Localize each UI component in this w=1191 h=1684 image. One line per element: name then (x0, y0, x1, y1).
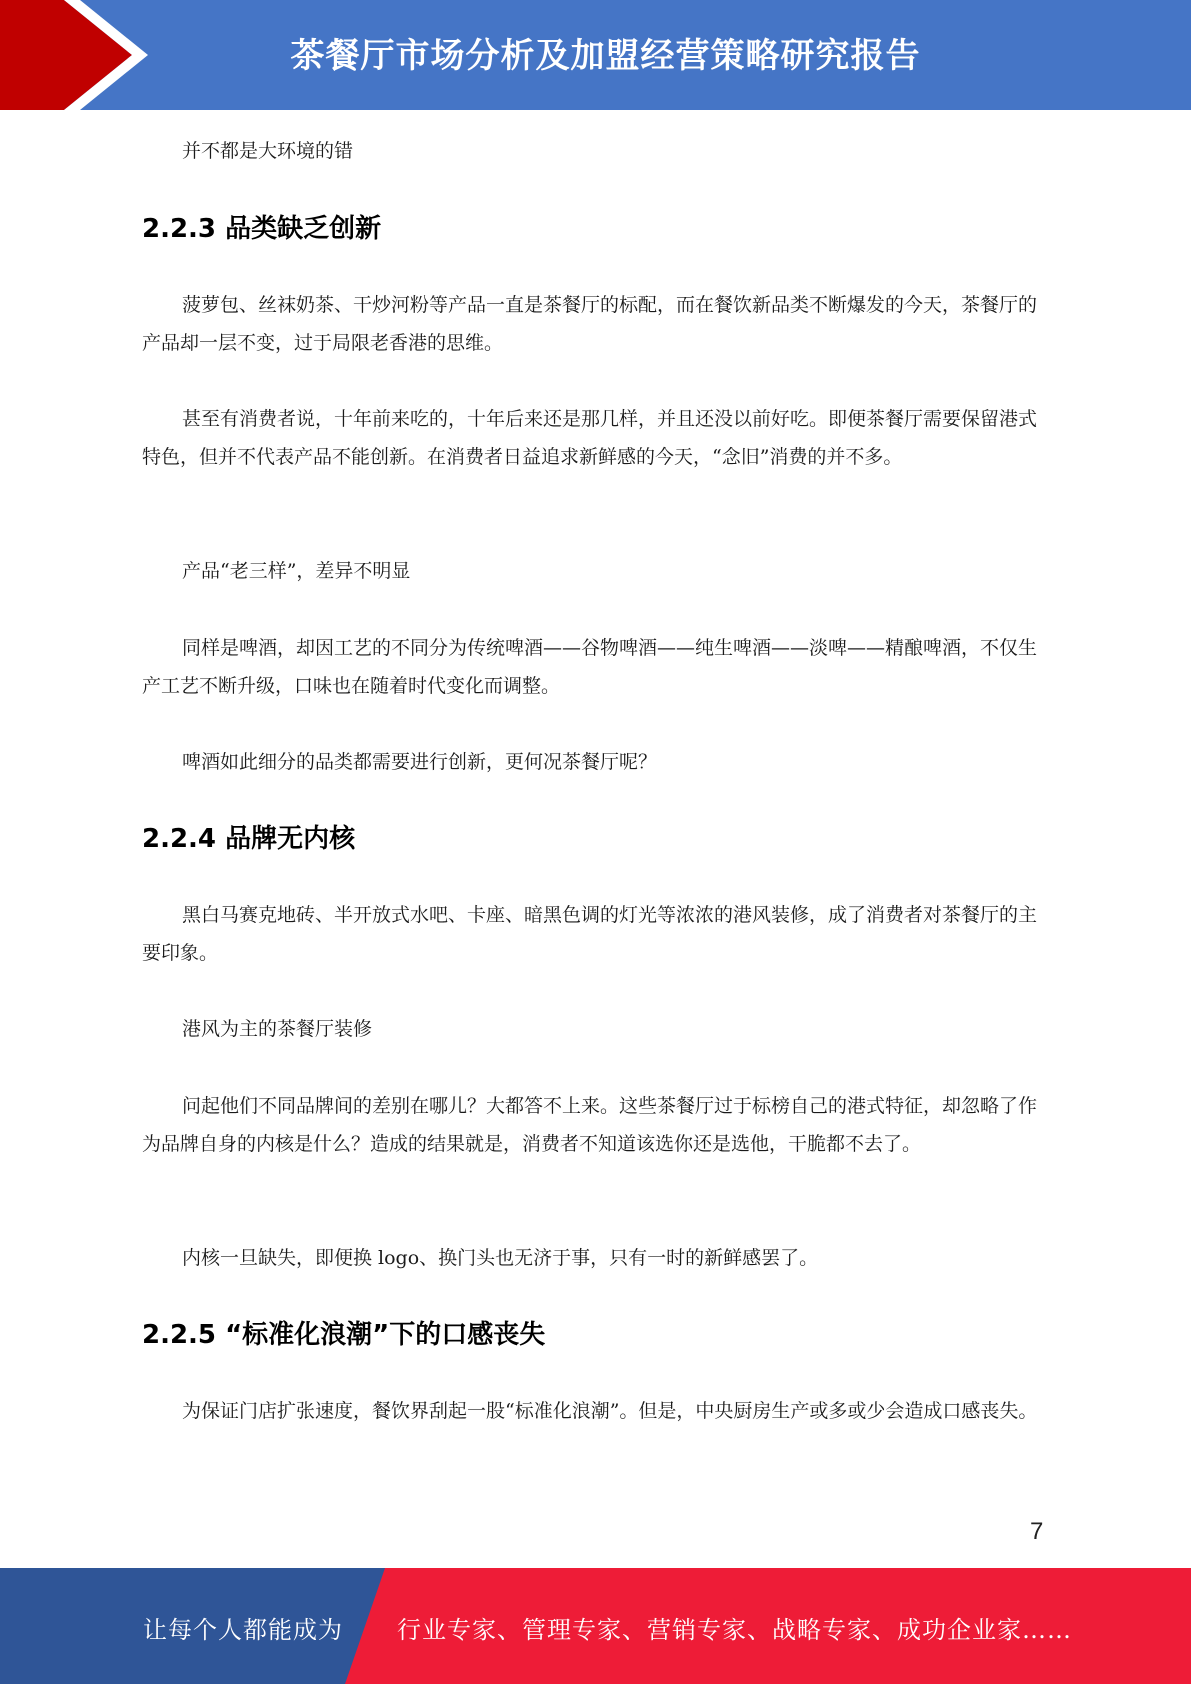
paragraph: 啤酒如此细分的品类都需要进行创新，更何况茶餐厅呢？ (142, 743, 1046, 781)
section-heading-2-2-3: 2.2.3 品类缺乏创新 (142, 208, 381, 245)
paragraph: 内核一旦缺失，即便换 logo、换门头也无济于事，只有一时的新鲜感罢了。 (142, 1239, 1046, 1277)
paragraph: 黑白马赛克地砖、半开放式水吧、卡座、暗黑色调的灯光等浓浓的港风装修，成了消费者对… (142, 896, 1046, 972)
paragraph: 并不都是大环境的错 (142, 132, 1046, 170)
report-title: 茶餐厅市场分析及加盟经营策略研究报告 (0, 28, 1191, 77)
paragraph: 甚至有消费者说，十年前来吃的，十年后来还是那几样，并且还没以前好吃。即便茶餐厅需… (142, 400, 1046, 476)
paragraph: 问起他们不同品牌间的差别在哪儿？大都答不上来。这些茶餐厅过于标榜自己的港式特征，… (142, 1087, 1046, 1163)
page-number: 7 (1030, 1518, 1043, 1546)
image-caption: 港风为主的茶餐厅装修 (142, 1010, 1046, 1048)
footer-slogan-right: 行业专家、管理专家、营销专家、战略专家、成功企业家…… (397, 1610, 1072, 1645)
page-header: 茶餐厅市场分析及加盟经营策略研究报告 (0, 0, 1191, 110)
page-footer: 让每个人都能成为 行业专家、管理专家、营销专家、战略专家、成功企业家…… (0, 1568, 1191, 1684)
footer-slogan-left: 让每个人都能成为 (143, 1610, 343, 1645)
image-caption: 产品“老三样”，差异不明显 (142, 552, 1046, 590)
section-heading-2-2-4: 2.2.4 品牌无内核 (142, 818, 355, 855)
paragraph: 为保证门店扩张速度，餐饮界刮起一股“标准化浪潮”。但是，中央厨房生产或多或少会造… (142, 1392, 1046, 1430)
paragraph: 菠萝包、丝袜奶茶、干炒河粉等产品一直是茶餐厅的标配，而在餐饮新品类不断爆发的今天… (142, 286, 1046, 362)
section-heading-2-2-5: 2.2.5 “标准化浪潮”下的口感丧失 (142, 1314, 545, 1351)
paragraph: 同样是啤酒，却因工艺的不同分为传统啤酒——谷物啤酒——纯生啤酒——淡啤——精酿啤… (142, 629, 1046, 705)
